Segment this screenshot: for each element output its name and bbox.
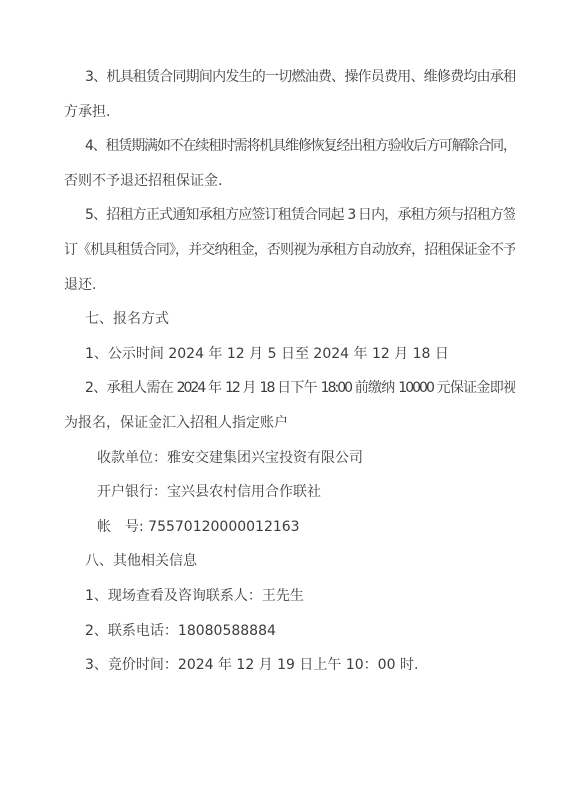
text-line: 2、承租人需在 2024 年 12 月 18 日下午 18:00 前缴纳 100… [64,371,515,406]
text-line: 方承担. [64,95,515,130]
text-line: 收款单位：雅安交建集团兴宝投资有限公司 [64,441,515,476]
text-line: 为报名，保证金汇入招租人指定账户 [64,406,515,441]
contact-person-line: 1、现场查看及咨询联系人：王先生 [64,579,515,614]
section-heading-line: 七、报名方式 [64,302,515,337]
text-line: 订《机具租赁合同》，并交纳租金，否则视为承租方自动放弃，招租保证金不予 [64,233,515,268]
contact-phone-line: 2、联系电话：18080588884 [64,614,515,649]
bank-name-line: 开户银行：宝兴县农村信用合作联社 [64,475,515,510]
account-number-line: 帐 号: 75570120000012163 [64,510,515,545]
document-page: 3、机具租赁合同期间内发生的一切燃油费、操作员费用、维修费均由承租 方承担. 4… [0,0,563,785]
page-background: { "page": { "background_color": "#ffffff… [0,0,563,785]
item-2-deposit-requirement: 2、承租人需在 2024 年 12 月 18 日下午 18:00 前缴纳 100… [64,371,515,440]
text-line: 3、竞价时间：2024 年 12 月 19 日上午 10：00 时. [64,648,515,683]
text-line: 开户银行：宝兴县农村信用合作联社 [64,475,515,510]
document-body: 3、机具租赁合同期间内发生的一切燃油费、操作员费用、维修费均由承租 方承担. 4… [0,0,563,683]
text-line: 5、招租方正式通知承租方应签订租赁合同起 3 日内，承租方须与招租方签 [64,198,515,233]
clause-5-sign-contract-3-days: 5、招租方正式通知承租方应签订租赁合同起 3 日内，承租方须与招租方签 订《机具… [64,198,515,302]
item-1-publicity-period: 1、公示时间 2024 年 12 月 5 日至 2024 年 12 月 18 日 [64,337,515,372]
section-heading-line: 八、其他相关信息 [64,544,515,579]
section-8-other-info-heading: 八、其他相关信息 [64,544,515,579]
text-line: 1、现场查看及咨询联系人：王先生 [64,579,515,614]
section-7-registration-heading: 七、报名方式 [64,302,515,337]
payee-name-line: 收款单位：雅安交建集团兴宝投资有限公司 [64,441,515,476]
clause-3-fuel-operator-maintenance: 3、机具租赁合同期间内发生的一切燃油费、操作员费用、维修费均由承租 方承担. [64,60,515,129]
clause-4-restore-before-termination: 4、租赁期满如不在续租时需将机具维修恢复经出租方验收后方可解除合同， 否则不予退… [64,129,515,198]
text-line: 4、租赁期满如不在续租时需将机具维修恢复经出租方验收后方可解除合同， [64,129,515,164]
text-line: 1、公示时间 2024 年 12 月 5 日至 2024 年 12 月 18 日 [64,337,515,372]
text-line: 退还. [64,268,515,303]
text-line: 2、联系电话：18080588884 [64,614,515,649]
text-line: 帐 号: 75570120000012163 [64,510,515,545]
bidding-time-line: 3、竞价时间：2024 年 12 月 19 日上午 10：00 时. [64,648,515,683]
text-line: 3、机具租赁合同期间内发生的一切燃油费、操作员费用、维修费均由承租 [64,60,515,95]
text-line: 否则不予退还招租保证金. [64,164,515,199]
